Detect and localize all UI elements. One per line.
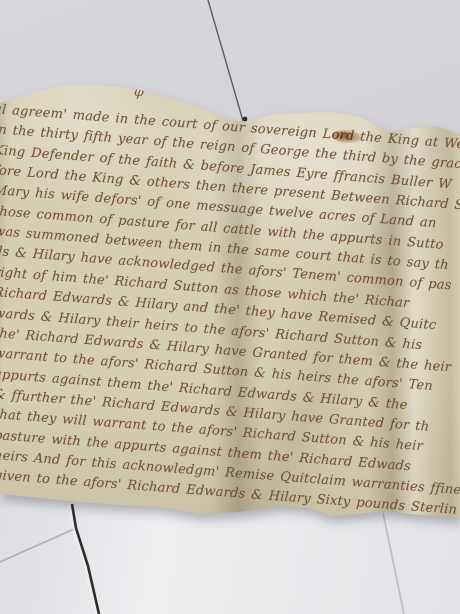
- photo-of-parchment-deed: φ al agreem' made in the court of our so…: [0, 0, 460, 614]
- parchment-sheet: φ al agreem' made in the court of our so…: [0, 0, 460, 614]
- manuscript-text: al agreem' made in the court of our sove…: [0, 0, 460, 614]
- parchment-document: φ al agreem' made in the court of our so…: [0, 0, 460, 614]
